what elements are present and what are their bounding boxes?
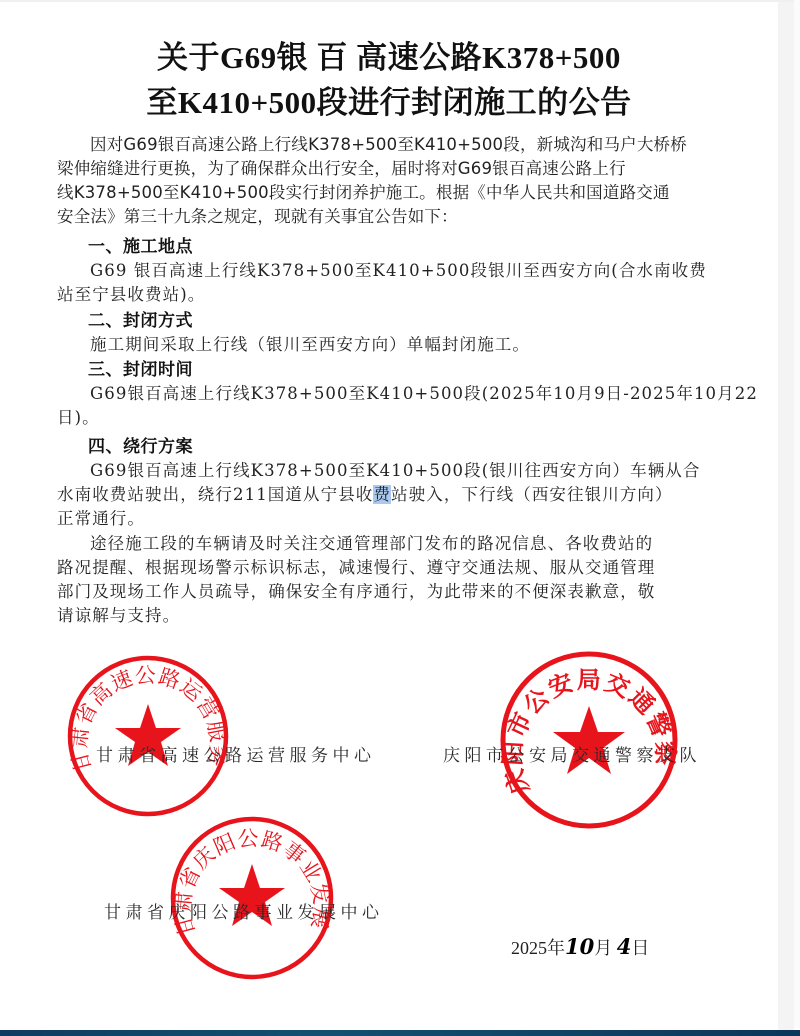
- section-location-line-2: 站至宁县收费站)。: [57, 281, 205, 305]
- window-edge: [794, 0, 800, 1028]
- document-date: 2025年10月 4日: [511, 934, 649, 960]
- section-heading-location: 一、施工地点: [88, 232, 193, 257]
- closing-line-3: 部门及现场工作人员疏导，确保安全有序通行，为此带来的不便深表歉意，敬: [57, 578, 655, 602]
- official-seal-traffic-police: 庆阳市公安局交通警察支队: [494, 650, 684, 830]
- section-location-line-1: G69 银百高速上行线K378+500至K410+500段银川至西安方向(合水南…: [90, 257, 707, 281]
- signature-org-3: 甘肃省庆阳公路事业发展中心: [104, 898, 384, 923]
- signature-org-1: 甘肃省高速公路运营服务中心: [96, 741, 376, 766]
- intro-line-3: 线K378+500至K410+500段实行封闭养护施工。根据《中华人民共和国道路…: [57, 179, 670, 203]
- intro-line-2: 梁伸缩缝进行更换，为了确保群众出行安全，届时将对G69银百高速公路上行: [57, 155, 626, 179]
- closing-line-2: 路况提醒、根据现场警示标识标志，减速慢行、遵守交通法规、服从交通管理: [57, 554, 655, 578]
- section-heading-closure-time: 三、封闭时间: [88, 355, 193, 380]
- detour-line-2-end: 站驶入，下行线（西安往银川方向）: [391, 485, 673, 504]
- official-seal-road-development-center: 甘肃省庆阳公路事业发展中心: [166, 812, 338, 982]
- intro-line-1: 因对G69银百高速公路上行线K378+500至K410+500段，新城沟和马户大…: [90, 131, 687, 155]
- detour-line-2-start: 水南收费站驶出，绕行211国道从宁县收: [57, 485, 373, 504]
- vertical-scrollbar[interactable]: [778, 2, 794, 1030]
- section-closure-method-line-1: 施工期间采取上行线（银川至西安方向）单幅封闭施工。: [90, 331, 530, 355]
- document-page: 关于G69银 百 高速公路K378+500 至K410+500段进行封闭施工的公…: [0, 0, 778, 1030]
- date-day-unit: 日: [631, 938, 649, 958]
- section-heading-closure-method: 二、封闭方式: [88, 306, 193, 331]
- section-detour-line-3: 正常通行。: [57, 505, 145, 529]
- document-viewer: 关于G69银 百 高速公路K378+500 至K410+500段进行封闭施工的公…: [0, 0, 800, 1036]
- section-detour-line-2[interactable]: 水南收费站驶出，绕行211国道从宁县收费站驶入，下行线（西安往银川方向）: [57, 481, 673, 505]
- official-seal-highway-operation-center: 甘肃省高速公路运营服务中心: [62, 652, 234, 820]
- document-title-line-1: 关于G69银 百 高速公路K378+500: [0, 32, 778, 77]
- section-closure-time-line-1: G69银百高速上行线K378+500至K410+500段(2025年10月9日-…: [90, 380, 758, 404]
- intro-line-4: 安全法》第三十九条之规定，现就有关事宜公告如下：: [57, 203, 458, 227]
- closing-line-1: 途径施工段的车辆请及时关注交通管理部门发布的路况信息、各收费站的: [90, 530, 653, 554]
- date-year: 2025年: [511, 938, 565, 958]
- document-title-line-2: 至K410+500段进行封闭施工的公告: [0, 77, 778, 122]
- text-selection-highlight[interactable]: 费: [373, 485, 391, 504]
- date-day-handwritten: 4: [617, 934, 632, 959]
- section-detour-line-1: G69银百高速上行线K378+500至K410+500段(银川往西安方向）车辆从…: [90, 457, 701, 481]
- closing-line-4: 请谅解与支持。: [57, 602, 180, 626]
- signature-org-2: 庆阳市公安局交通警察支队: [443, 741, 701, 766]
- date-month-unit: 月: [594, 938, 612, 958]
- date-month-handwritten: 10: [565, 934, 594, 959]
- section-closure-time-line-2: 日)。: [57, 404, 100, 428]
- section-heading-detour: 四、绕行方案: [88, 432, 193, 457]
- taskbar-strip: [0, 1030, 800, 1036]
